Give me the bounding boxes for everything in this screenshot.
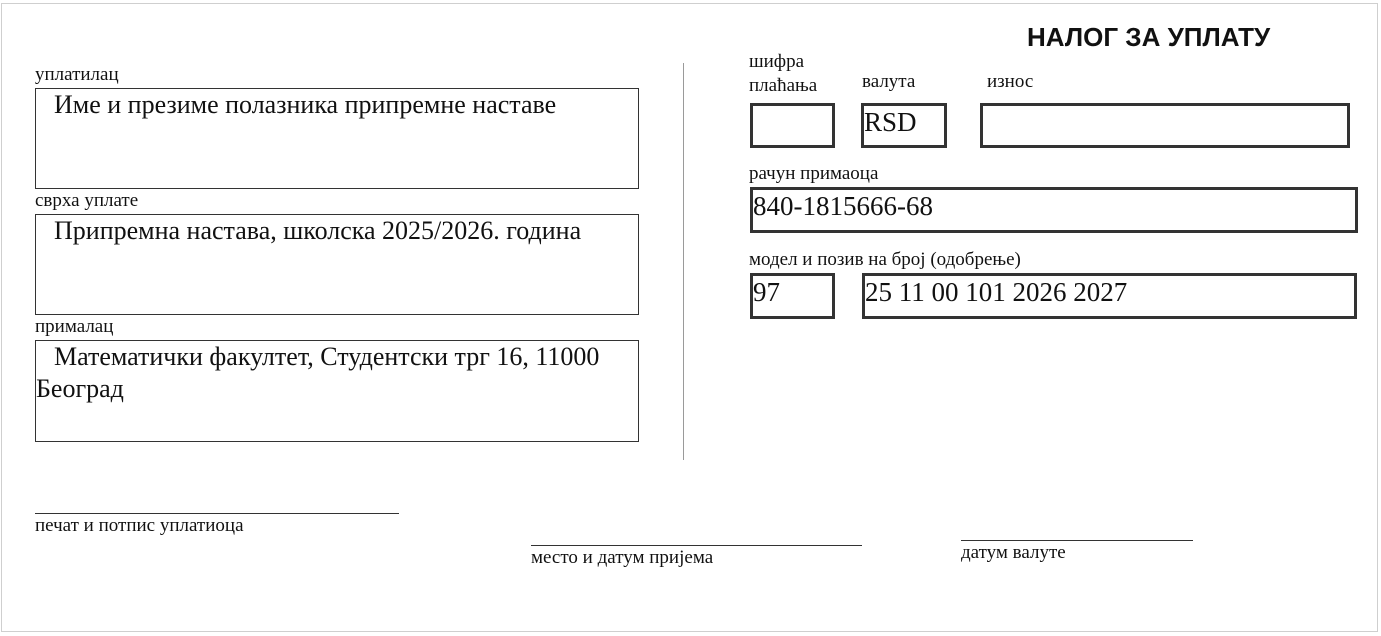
reference-label: модел и позив на број (одобрење) [749,249,1021,271]
form-title: НАЛОГ ЗА УПЛАТУ [1027,22,1270,53]
currency-label: валута [862,71,915,93]
purpose-field[interactable]: Припремна настава, школска 2025/2026. го… [35,214,639,315]
recipient-label: прималац [35,316,113,338]
amount-field[interactable] [980,103,1350,148]
recipient-account-field[interactable]: 840-1815666-68 [750,187,1358,233]
payer-field[interactable]: Име и презиме полазника припремне настав… [35,88,639,189]
purpose-label: сврха уплате [35,190,138,212]
reference-number-field[interactable]: 25 11 00 101 2026 2027 [862,273,1357,319]
payer-signature-line [35,513,399,514]
currency-field[interactable]: RSD [861,103,947,148]
payment-code-label: шифра плаћања [749,50,839,98]
value-date-line [961,540,1193,541]
payment-code-field[interactable] [750,103,835,148]
payer-label: уплатилац [35,64,119,86]
reference-model-field[interactable]: 97 [750,273,835,319]
value-date-label: датум валуте [961,542,1066,564]
place-date-label: место и датум пријема [531,547,713,569]
recipient-field[interactable]: Математички факултет, Студентски трг 16,… [35,340,639,442]
column-divider [683,63,684,460]
place-date-line [531,545,862,546]
amount-label: износ [987,71,1033,93]
recipient-account-label: рачун примаоца [749,163,878,185]
payer-signature-label: печат и потпис уплатиоца [35,515,244,537]
